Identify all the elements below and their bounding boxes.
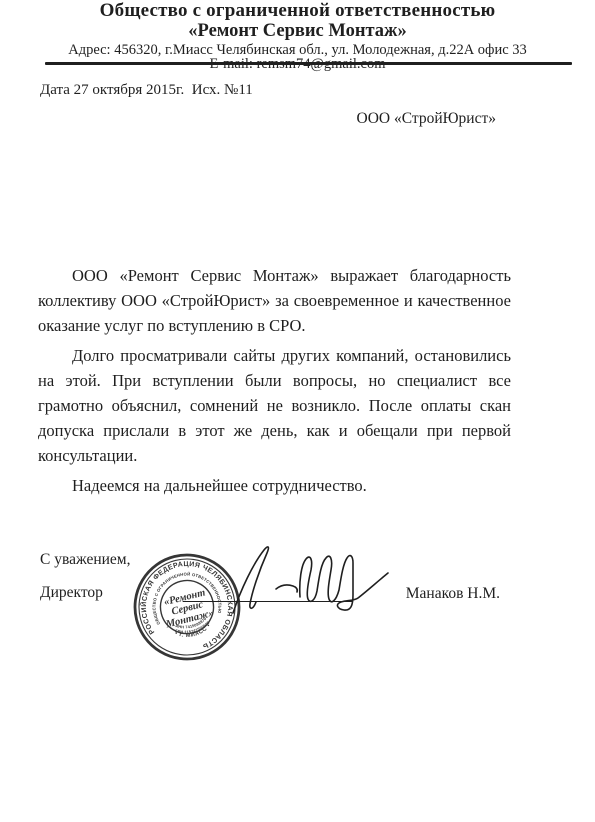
date-outgoing-number-line: Дата 27 октября 2015г. Исх. №11 <box>40 82 253 99</box>
header-divider <box>45 62 572 65</box>
org-email: E-mail: remsm74@gmail.com <box>0 58 595 71</box>
signature-stroke-1 <box>233 547 268 613</box>
letter-body: ООО «Ремонт Сервис Монтаж» выражает благ… <box>38 263 511 503</box>
signature-stroke-2 <box>276 585 297 592</box>
org-name: «Ремонт Сервис Монтаж» <box>0 22 595 40</box>
paragraph-gratitude: ООО «Ремонт Сервис Монтаж» выражает благ… <box>38 263 511 338</box>
paragraph-cooperation: Надеемся на дальнейшее сотрудничество. <box>38 473 511 498</box>
org-type: Общество с ограниченной ответственностью <box>0 0 595 20</box>
handwritten-signature <box>175 538 390 618</box>
letter-page: Общество с ограниченной ответственностью… <box>0 0 595 822</box>
paragraph-review: Долго просматривали сайты других компани… <box>38 343 511 468</box>
letterhead: Общество с ограниченной ответственностью… <box>0 0 595 71</box>
recipient: ООО «СтройЮрист» <box>0 110 496 128</box>
